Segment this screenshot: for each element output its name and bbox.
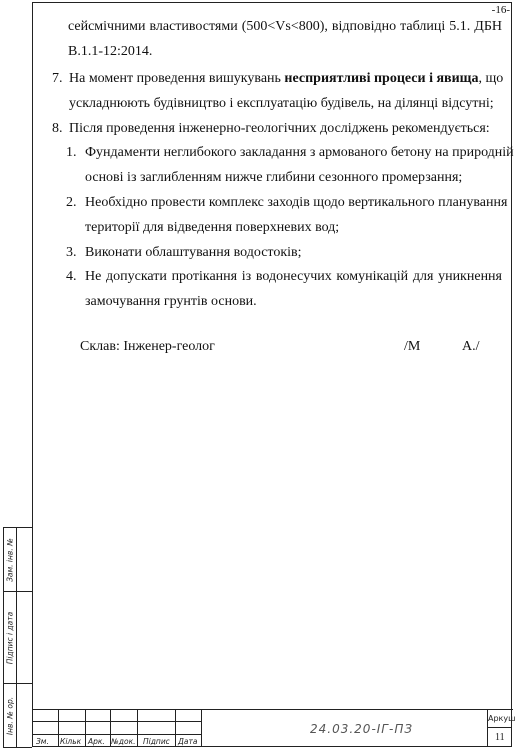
signature-name-left: /М <box>404 339 420 355</box>
col-label-quantity: Кільк <box>60 737 81 746</box>
item-8-number: 8. <box>52 121 63 137</box>
title-block-col-line <box>137 709 138 747</box>
col-label-signature: Підпис <box>143 737 170 746</box>
item-7-pre: На момент проведення вишукувань <box>69 71 284 86</box>
item-7-line2: ускладнюють будівництво і експлуатацію б… <box>69 96 494 112</box>
signature-name-right: А./ <box>462 339 480 355</box>
item-8-text: Після проведення інженерно-геологічних д… <box>69 121 490 137</box>
item-7-number: 7. <box>52 71 63 87</box>
drawing-frame <box>32 2 512 747</box>
subitem-2-line1: Необхідно провести комплекс заходів щодо… <box>85 195 502 211</box>
title-block-col-line <box>175 709 176 747</box>
subitem-2-line2: території для відведення поверхневих вод… <box>85 220 339 236</box>
side-label-signature-date: Підпис і дата <box>6 611 15 663</box>
signature-label: Склав: Інженер-геолог <box>80 339 215 355</box>
subitem-3-number: 3. <box>66 245 77 261</box>
page-number: -16- <box>492 4 510 16</box>
subitem-2-number: 2. <box>66 195 77 211</box>
side-strip-replaced-inv: Зам. інв. № <box>3 527 32 592</box>
side-strip-original-inv: Інв. № ор. <box>3 683 32 748</box>
subitem-1-number: 1. <box>66 145 77 161</box>
sheet-label: Аркуш <box>488 714 515 723</box>
title-block-col-line <box>58 709 59 747</box>
text-line-dbn: В.1.1-12:2014. <box>68 44 152 60</box>
document-code: 24.03.20-ІГ-ПЗ <box>310 722 413 736</box>
side-label-original-inv: Інв. № ор. <box>6 696 15 734</box>
subitem-4-line2: замочування грунтів основи. <box>85 294 257 310</box>
col-label-date: Дата <box>178 737 197 746</box>
item-7-post: , що <box>478 71 503 86</box>
title-block-row-line <box>487 727 512 728</box>
side-strip-signature-date: Підпис і дата <box>3 591 32 684</box>
col-label-change: Зм. <box>36 737 49 746</box>
col-label-sheet: Арк. <box>88 737 105 746</box>
subitem-4-line1: Не допускати протікання із водонесучих к… <box>85 269 502 285</box>
item-7-line1: На момент проведення вишукувань несприят… <box>69 71 502 87</box>
col-label-doc-no: №док. <box>111 737 136 746</box>
item-7-bold: несприятливі процеси і явища <box>284 71 478 86</box>
sheet-number: 11 <box>495 732 505 743</box>
side-label-replaced-inv: Зам. інв. № <box>6 538 15 582</box>
subitem-1-line2: основі із заглибленням нижче глибини сез… <box>85 170 462 186</box>
subitem-3-line1: Виконати облаштування водостоків; <box>85 245 302 261</box>
subitem-4-number: 4. <box>66 269 77 285</box>
title-block-col-line <box>85 709 86 747</box>
text-line-seismic: сейсмічними властивостями (500<Vs<800), … <box>68 19 502 35</box>
title-block-col-line <box>201 709 202 747</box>
subitem-1-line1: Фундаменти неглибокого закладання з армо… <box>85 145 502 161</box>
